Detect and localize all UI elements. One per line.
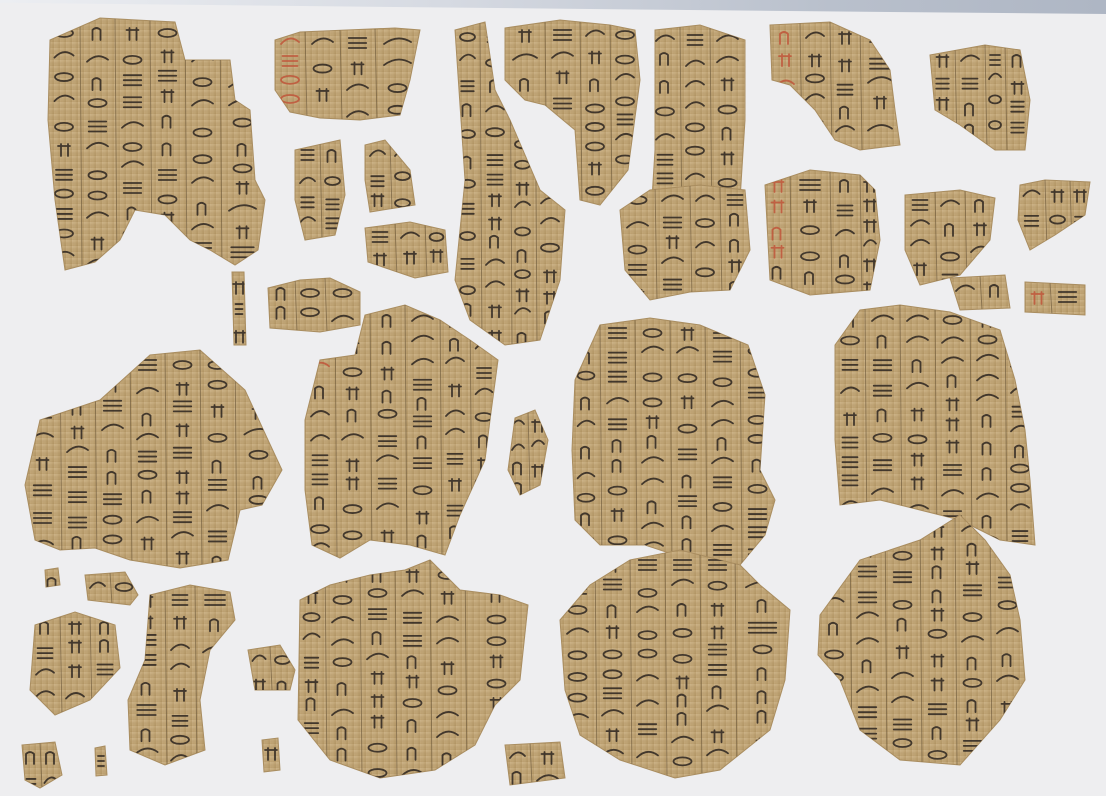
papyrus-fragment (305, 305, 498, 558)
papyrus-fragment (232, 272, 246, 345)
papyrus-fragment (262, 738, 280, 772)
ink-glyph (935, 121, 950, 127)
ink-glyph (826, 722, 842, 732)
ink-glyph (863, 545, 871, 557)
papyrus-fragment (508, 410, 548, 495)
ink-glyph (543, 336, 558, 346)
ink-glyph (34, 361, 52, 369)
papyrus-fragment (45, 568, 60, 590)
ink-glyph (999, 728, 1017, 736)
papyrus-fragment (365, 222, 448, 278)
ink-glyph (488, 32, 503, 42)
papyrus-fragment (275, 28, 420, 120)
ink-glyph (162, 234, 174, 246)
ink-glyph (515, 120, 530, 126)
ink-glyph (758, 560, 766, 572)
papyrus-fragment (85, 572, 138, 605)
ink-glyph (877, 512, 889, 524)
ink-glyph (579, 538, 593, 548)
ink-glyph (870, 32, 890, 42)
ink-glyph (554, 127, 572, 135)
ink-glyph (1011, 361, 1029, 367)
ink-glyph (573, 764, 581, 776)
ink-glyph (476, 496, 493, 504)
ink-glyph (776, 107, 794, 115)
ink-glyph (892, 525, 913, 531)
ink-glyph (545, 175, 553, 187)
papyrus-fragments-layer (0, 0, 1106, 796)
ink-glyph (808, 122, 823, 132)
ink-glyph (306, 748, 318, 760)
papyrus-fragment (248, 645, 295, 694)
ink-glyph (754, 760, 772, 768)
ink-glyph (244, 381, 272, 387)
ink-glyph (826, 525, 842, 535)
ink-glyph (450, 315, 458, 327)
papyrus-fragment (25, 350, 282, 570)
papyrus-fragment (572, 318, 775, 567)
ink-glyph (237, 55, 249, 67)
papyrus-fragment (560, 550, 790, 778)
papyrus-fragment (22, 742, 62, 789)
ink-glyph (210, 669, 218, 681)
papyrus-fragment (1018, 180, 1090, 254)
ink-glyph (492, 762, 500, 774)
ink-glyph (491, 718, 503, 730)
ink-glyph (476, 548, 493, 554)
ink-glyph (479, 521, 487, 533)
ink-glyph (997, 753, 1018, 759)
ink-glyph (907, 526, 928, 532)
ink-glyph (859, 751, 877, 761)
ink-glyph (488, 741, 506, 749)
ink-glyph (620, 179, 628, 191)
ink-glyph (613, 555, 621, 567)
papyrus-fragment (770, 22, 900, 150)
ink-glyph (581, 328, 589, 340)
papyrus-fragment (30, 612, 120, 715)
papyrus-fragment (95, 746, 107, 776)
ink-glyph (162, 213, 174, 225)
ink-glyph (197, 28, 209, 40)
ink-glyph (253, 518, 265, 530)
ink-glyph (205, 687, 225, 697)
ink-glyph (544, 148, 556, 160)
ink-glyph (104, 558, 122, 566)
ink-glyph (69, 560, 87, 570)
ink-glyph (826, 698, 842, 708)
ink-glyph (141, 595, 153, 607)
ink-glyph (124, 253, 142, 261)
papyrus-fragment (128, 585, 235, 765)
papyrus-fragment (765, 170, 880, 295)
ink-glyph (34, 408, 52, 418)
ink-glyph (557, 193, 569, 205)
ink-glyph (250, 539, 268, 547)
ink-glyph (826, 549, 842, 559)
ink-glyph (1003, 551, 1011, 563)
ink-glyph (96, 693, 114, 701)
ink-glyph (779, 130, 791, 142)
papyrus-fragment (818, 515, 1025, 765)
red-ink-glyph (313, 335, 328, 345)
ink-glyph (476, 478, 493, 486)
ink-glyph (1015, 334, 1023, 346)
ink-glyph (841, 526, 859, 532)
papyrus-fragment (505, 742, 565, 785)
ink-glyph (519, 103, 531, 115)
photo-scene: Photograph of Egyptian hieratic papyrus … (0, 0, 1106, 796)
papyrus-fragment (298, 560, 528, 778)
ink-glyph (516, 125, 534, 133)
ink-glyph (569, 561, 587, 569)
papyrus-fragment (1025, 282, 1085, 315)
ink-glyph (1075, 242, 1083, 254)
ink-glyph (305, 570, 319, 580)
ink-glyph (874, 532, 892, 542)
ink-glyph (205, 708, 225, 718)
ink-glyph (757, 739, 769, 751)
ink-glyph (545, 120, 553, 132)
papyrus-fragment (930, 45, 1030, 150)
ink-glyph (567, 741, 588, 747)
ink-glyph (141, 616, 153, 628)
ink-glyph (973, 265, 988, 275)
ink-glyph (159, 256, 177, 266)
ink-glyph (104, 361, 122, 369)
papyrus-fragment (48, 18, 265, 270)
ink-glyph (481, 570, 513, 580)
ink-glyph (857, 525, 878, 531)
papyrus-fragment (835, 305, 1035, 545)
ink-glyph (124, 230, 142, 238)
ink-glyph (1013, 315, 1028, 325)
ink-glyph (558, 171, 566, 183)
ink-glyph (38, 382, 46, 394)
ink-glyph (69, 382, 87, 390)
ink-glyph (231, 28, 254, 38)
ink-glyph (209, 733, 221, 745)
ink-glyph (829, 575, 837, 587)
papyrus-fragment (268, 278, 360, 332)
ink-glyph (1053, 240, 1061, 252)
ink-glyph (250, 361, 268, 369)
papyrus-fragment (620, 185, 750, 302)
papyrus-fragment (905, 190, 995, 285)
papyrus-fragment (365, 140, 415, 212)
ink-glyph (632, 290, 644, 302)
ink-glyph (749, 328, 767, 338)
ink-glyph (828, 747, 840, 759)
ink-glyph (337, 570, 349, 582)
papyrus-fragment (950, 275, 1010, 310)
ink-glyph (554, 153, 572, 161)
ink-glyph (67, 360, 88, 366)
papyrus-fragment (295, 140, 345, 240)
